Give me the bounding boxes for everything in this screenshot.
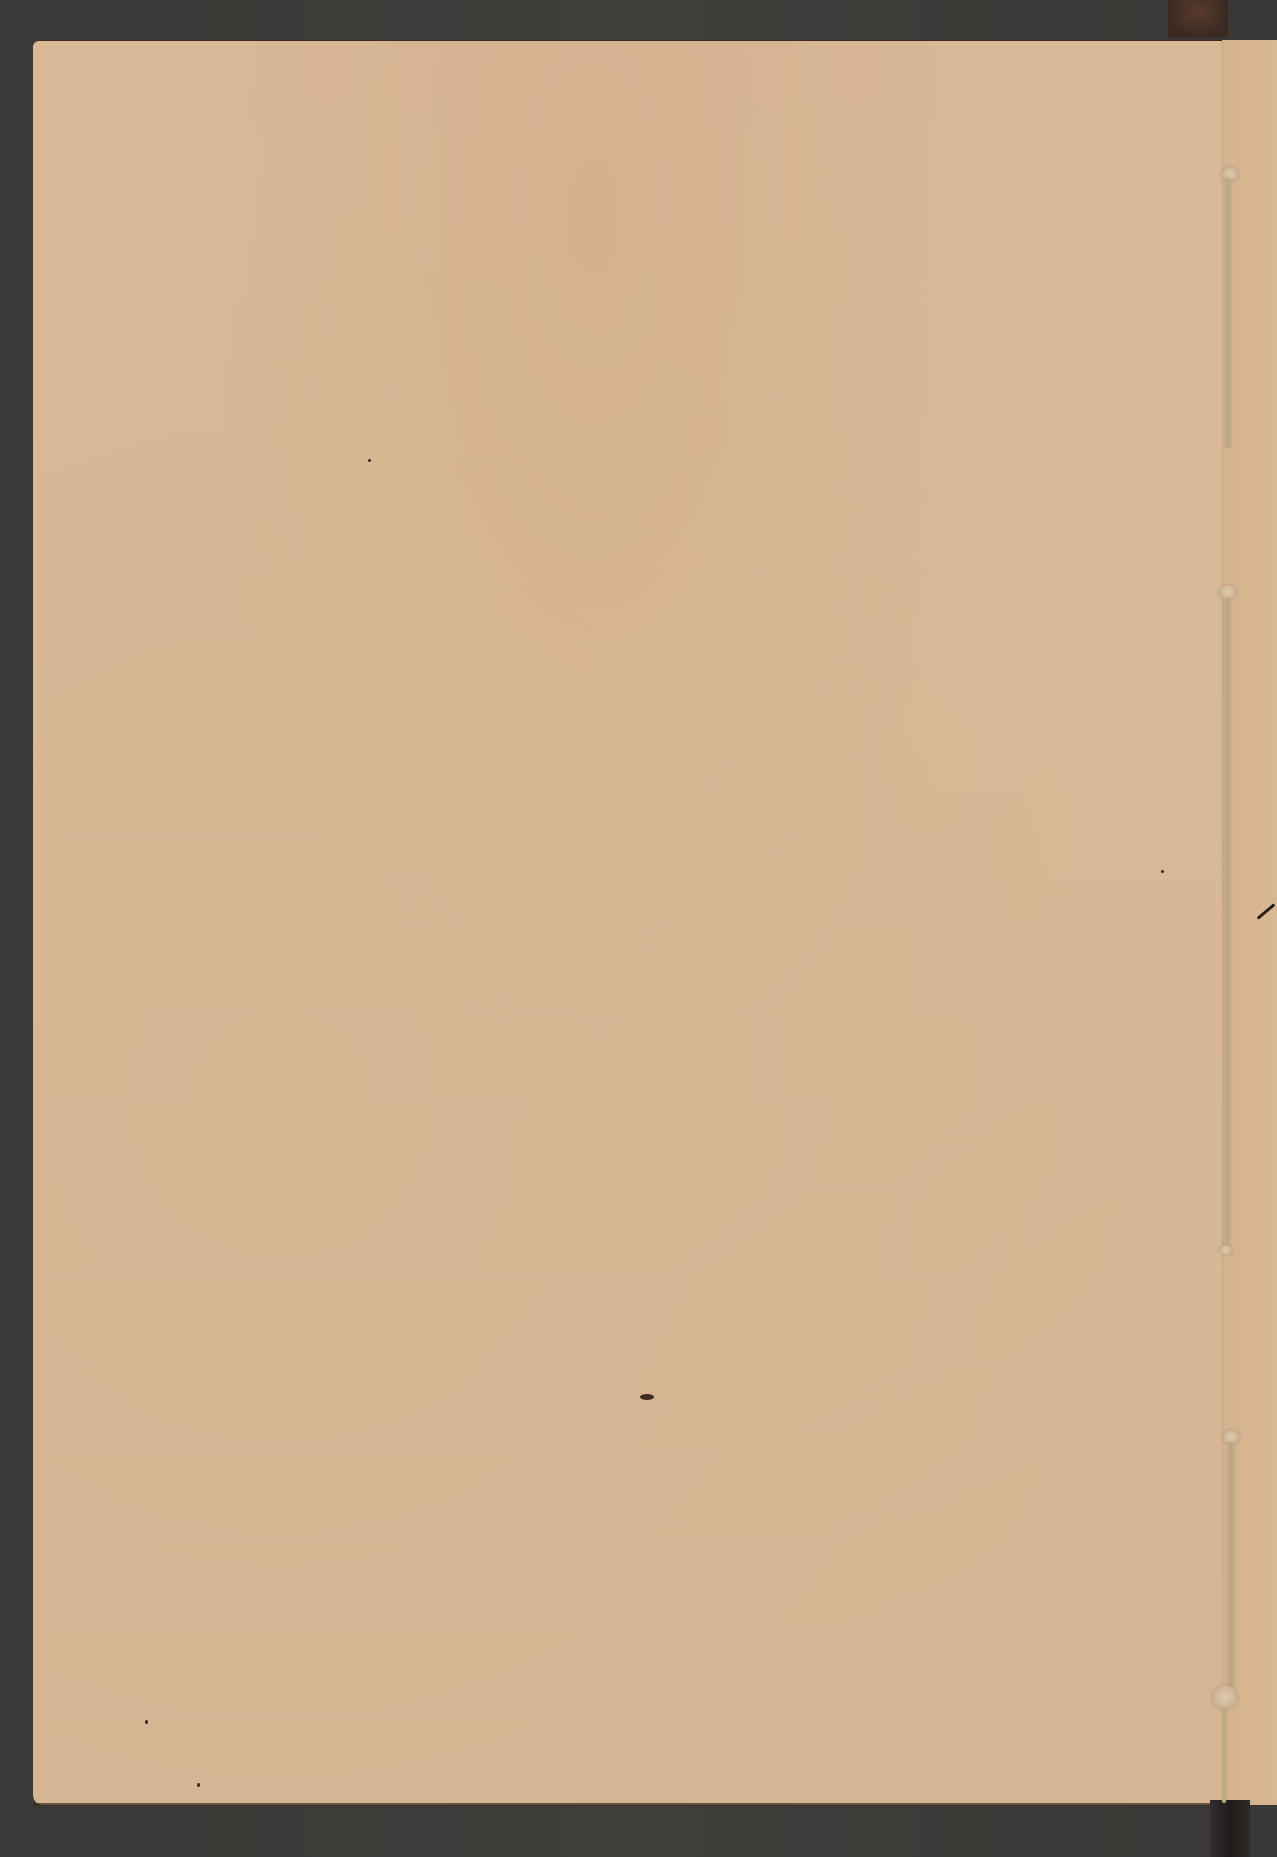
page-bottom-edge [33, 1803, 1223, 1806]
stitch-knot-4 [1212, 1685, 1238, 1709]
paper-blemish [640, 1394, 654, 1400]
binding-stitch-4 [1222, 1708, 1226, 1803]
stitch-knot-2 [1219, 585, 1237, 599]
spine-shadow [1210, 1800, 1250, 1857]
blank-book-page [33, 40, 1277, 1805]
paper-speck [197, 1783, 200, 1787]
binding-stitch-2 [1224, 598, 1230, 1248]
stitch-knot-2b [1219, 1245, 1233, 1255]
paper-speck [1161, 870, 1164, 873]
paper-speck [368, 459, 371, 462]
binding-top-shadow [1168, 0, 1228, 38]
paper-speck [145, 1720, 148, 1724]
binding-stitch-3 [1228, 1442, 1234, 1692]
binding-stitch-1 [1225, 178, 1231, 448]
